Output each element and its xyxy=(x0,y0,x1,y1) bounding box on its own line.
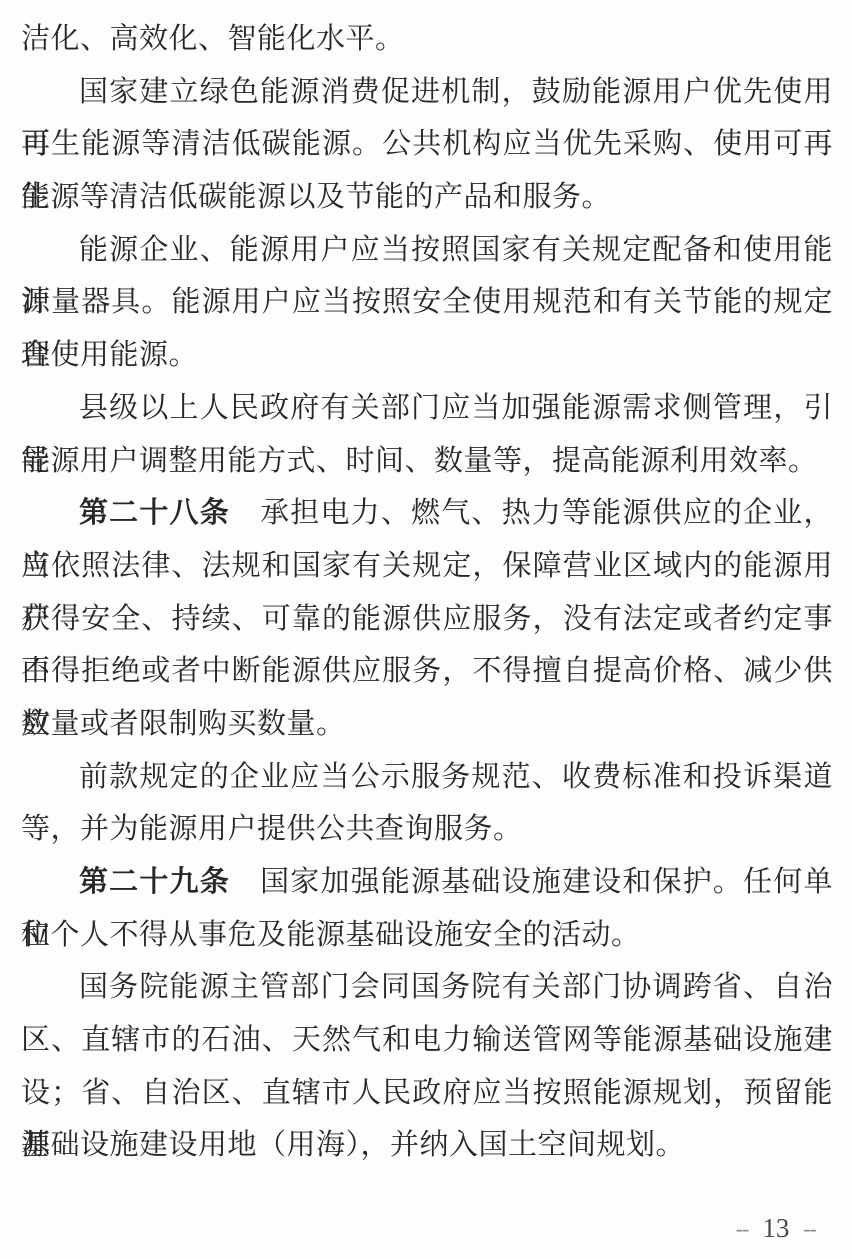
line-text: 能源等清洁低碳能源以及节能的产品和服务。 xyxy=(21,181,611,213)
text-line: 理使用能源。 xyxy=(21,329,833,382)
line-text: 洁化、高效化、智能化水平。 xyxy=(21,23,405,55)
text-line: 县级以上人民政府有关部门应当加强能源需求侧管理，引导 xyxy=(21,382,833,435)
page-footer: -- 13 -- xyxy=(736,1215,816,1242)
text-line: 能源用户调整用能方式、时间、数量等，提高能源利用效率。 xyxy=(21,435,833,488)
text-line: 数量或者限制购买数量。 xyxy=(21,698,833,751)
text-line: 国务院能源主管部门会同国务院有关部门协调跨省、自治 xyxy=(21,961,833,1014)
text-line: 基础设施建设用地（用海），并纳入国土空间规划。 xyxy=(21,1119,833,1172)
text-line: 洁化、高效化、智能化水平。 xyxy=(21,13,833,66)
line-text: 区、直辖市的石油、天然气和电力输送管网等能源基础设施建 xyxy=(21,1024,833,1056)
text-line: 能源等清洁低碳能源以及节能的产品和服务。 xyxy=(21,171,833,224)
legal-text-block: 洁化、高效化、智能化水平。国家建立绿色能源消费促进机制，鼓励能源用户优先使用可再… xyxy=(21,13,833,1172)
article-number: 第二十九条 xyxy=(79,866,230,898)
article-number: 第二十八条 xyxy=(79,497,230,529)
footer-dash-right: -- xyxy=(803,1218,816,1240)
line-text: 前款规定的企业应当公示服务规范、收费标准和投诉渠道 xyxy=(79,761,833,793)
line-text: 能源用户调整用能方式、时间、数量等，提高能源利用效率。 xyxy=(21,445,818,477)
text-line: 计量器具。能源用户应当按照安全使用规范和有关节能的规定合 xyxy=(21,276,833,329)
text-line: 设；省、自治区、直辖市人民政府应当按照能源规划，预留能源 xyxy=(21,1067,833,1120)
line-text: 基础设施建设用地（用海），并纳入国土空间规划。 xyxy=(21,1129,685,1161)
text-line: 不得拒绝或者中断能源供应服务，不得擅自提高价格、减少供应 xyxy=(21,645,833,698)
text-line: 区、直辖市的石油、天然气和电力输送管网等能源基础设施建 xyxy=(21,1014,833,1067)
text-line: 当依照法律、法规和国家有关规定，保障营业区域内的能源用户 xyxy=(21,540,833,593)
text-line: 获得安全、持续、可靠的能源供应服务，没有法定或者约定事由 xyxy=(21,593,833,646)
text-line: 第二十八条 承担电力、燃气、热力等能源供应的企业，应 xyxy=(21,487,833,540)
line-text: 国务院能源主管部门会同国务院有关部门协调跨省、自治 xyxy=(79,971,833,1003)
text-line: 能源企业、能源用户应当按照国家有关规定配备和使用能源 xyxy=(21,224,833,277)
line-text: 数量或者限制购买数量。 xyxy=(21,708,346,740)
text-line: 国家建立绿色能源消费促进机制，鼓励能源用户优先使用可 xyxy=(21,66,833,119)
text-line: 等，并为能源用户提供公共查询服务。 xyxy=(21,803,833,856)
text-line: 前款规定的企业应当公示服务规范、收费标准和投诉渠道 xyxy=(21,751,833,804)
text-line: 和个人不得从事危及能源基础设施安全的活动。 xyxy=(21,909,833,962)
line-text: 等，并为能源用户提供公共查询服务。 xyxy=(21,813,523,845)
line-text: 和个人不得从事危及能源基础设施安全的活动。 xyxy=(21,919,641,951)
text-line: 第二十九条 国家加强能源基础设施建设和保护。任何单位 xyxy=(21,856,833,909)
document-page: 洁化、高效化、智能化水平。国家建立绿色能源消费促进机制，鼓励能源用户优先使用可再… xyxy=(0,0,852,1259)
footer-dash-left: -- xyxy=(736,1218,749,1240)
page-number: 13 xyxy=(762,1215,789,1242)
text-line: 再生能源等清洁低碳能源。公共机构应当优先采购、使用可再生 xyxy=(21,118,833,171)
line-text: 理使用能源。 xyxy=(21,339,198,371)
